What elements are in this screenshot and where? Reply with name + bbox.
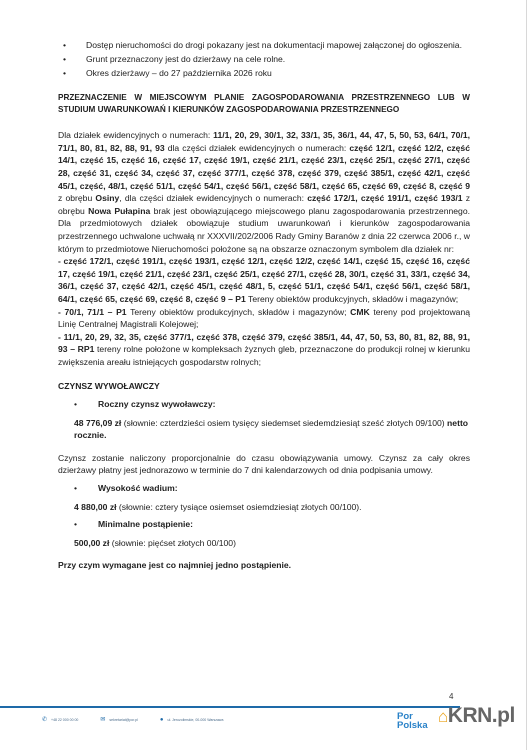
- symbol-item: - część 172/1, część 191/1, część 193/1,…: [58, 255, 470, 305]
- footer-phone: ✆+48 22 000 00 00: [42, 716, 78, 723]
- company-logo: PorPolska: [397, 712, 428, 730]
- house-icon: ⌂: [438, 707, 448, 726]
- footer-contacts: ✆+48 22 000 00 00 ✉sekretariat@por.pl ●u…: [42, 716, 223, 723]
- phone-icon: ✆: [42, 717, 47, 723]
- bullet-icon: •: [74, 398, 77, 411]
- footer-address: ●ul. Jerozolimskie, 00-000 Warszawa: [160, 717, 224, 723]
- footer-email: ✉sekretariat@por.pl: [100, 716, 138, 723]
- section-heading: PRZEZNACZENIE W MIEJSCOWYM PLANIE ZAGOSP…: [58, 92, 470, 116]
- page-number: 4: [449, 692, 453, 701]
- bullet-icon: •: [63, 67, 66, 80]
- deposit-value: 4 880,00 zł (słownie: cztery tysiące osi…: [58, 501, 470, 514]
- closing-note: Przy czym wymagane jest co najmniej jedn…: [58, 559, 470, 572]
- bullet-icon: •: [63, 39, 66, 52]
- mail-icon: ✉: [100, 717, 105, 723]
- document-page: •Dostęp nieruchomości do drogi pokazany …: [0, 0, 530, 750]
- bullet-icon: •: [63, 53, 66, 66]
- annual-rent-label: •Roczny czynsz wywoławczy:: [58, 398, 470, 411]
- document-content: •Dostęp nieruchomości do drogi pokazany …: [58, 39, 470, 572]
- watermark-logo: ⌂KRN.pl: [438, 704, 515, 728]
- bullet-item: •Dostęp nieruchomości do drogi pokazany …: [58, 39, 470, 52]
- page-edge: [526, 0, 527, 750]
- info-bullets: •Dostęp nieruchomości do drogi pokazany …: [58, 39, 470, 80]
- bullet-item: •Grunt przeznaczony jest do dzierżawy na…: [58, 53, 470, 66]
- min-bid-value: 500,00 zł (słownie: pięćset złotych 00/1…: [58, 537, 470, 550]
- bullet-icon: •: [74, 482, 77, 495]
- symbol-item: - 11/1, 20, 29, 32, 35, część 377/1, czę…: [58, 331, 470, 369]
- rent-section-title: CZYNSZ WYWOŁAWCZY: [58, 380, 470, 393]
- deposit-label: •Wysokość wadium:: [58, 482, 470, 495]
- bullet-icon: •: [74, 518, 77, 531]
- annual-rent-value: 48 776,09 zł (słownie: czterdzieści osie…: [58, 417, 470, 442]
- min-bid-label: •Minimalne postąpienie:: [58, 518, 470, 531]
- planning-paragraph: Dla działek ewidencyjnych o numerach: 11…: [58, 129, 470, 368]
- footer-divider: [0, 706, 460, 708]
- bullet-item: •Okres dzierżawy – do 27 października 20…: [58, 67, 470, 80]
- rent-note: Czynsz zostanie naliczony proporcjonalni…: [58, 452, 470, 477]
- symbol-item: - 70/1, 71/1 – P1 Tereny obiektów produk…: [58, 306, 470, 331]
- location-pin-icon: ●: [160, 717, 164, 723]
